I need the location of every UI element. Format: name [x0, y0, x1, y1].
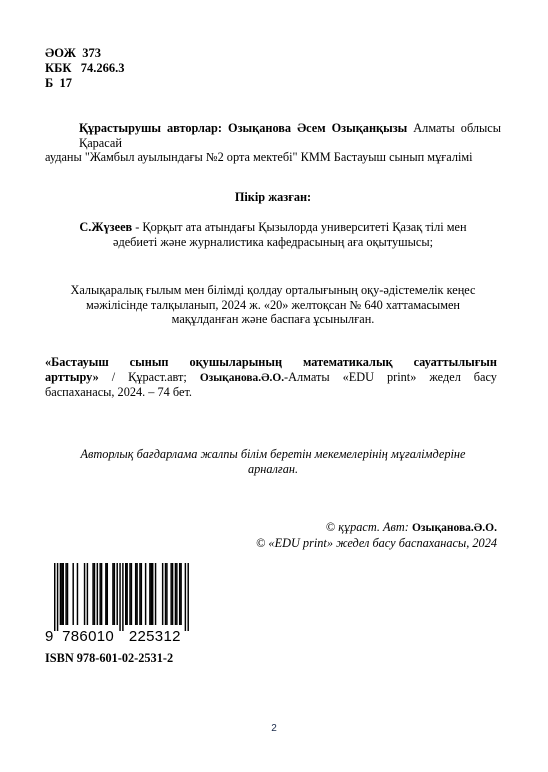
bib-word: жедел — [429, 370, 460, 386]
lbc-code: КБК 74.266.3 — [45, 61, 125, 76]
bib-title-end: арттыру» — [45, 370, 99, 386]
reviewer-block: С.Жүзеев - Қорқыт ата атындағы Қызылорда… — [45, 220, 501, 249]
author-affiliation-2: ауданы "Жамбыл ауылындағы №2 орта мектеб… — [45, 150, 501, 165]
page-number: 2 — [0, 723, 548, 734]
bib-title-word: сынып — [130, 355, 169, 370]
svg-text:225312: 225312 — [129, 628, 181, 645]
bib-word: «EDU — [343, 370, 374, 386]
bib-line-2: арттыру»/Құраст.авт;Озықанова.Ә.О.-Алмат… — [45, 370, 497, 386]
copyright-publisher: © «EDU print» жедел басу баспаханасы, 20… — [200, 536, 497, 551]
bib-author: Озықанова.Ә.О. — [200, 372, 284, 384]
bib-word: print» — [387, 370, 416, 386]
intended-audience: Авторлық бағдарлама жалпы білім беретін … — [45, 447, 501, 476]
intended-line: арналған. — [45, 462, 501, 477]
classification-codes: ӘОЖ 373 КБК 74.266.3 Б 17 — [45, 46, 125, 91]
copyright-compiler-prefix: © құраст. Авт: — [326, 520, 412, 534]
bib-word: Құраст.авт; — [128, 370, 187, 386]
author-name: Озықанова Әсем Озықанқызы — [228, 121, 407, 135]
authors-label: Құрастырушы авторлар: — [79, 121, 222, 135]
bibliographic-entry: «Бастауышсыныпоқушыларыныңматематикалықс… — [45, 355, 497, 400]
bib-author-city: Озықанова.Ә.О.-Алматы — [200, 370, 330, 386]
intended-line: Авторлық бағдарлама жалпы білім беретін … — [45, 447, 501, 462]
approval-note: Халықаралық ғылым мен білімді қолдау орт… — [45, 283, 501, 327]
svg-text:9: 9 — [45, 628, 54, 645]
copyright-block: © құраст. Авт: Озықанова.Ә.О. © «EDU pri… — [200, 520, 497, 551]
reviewer-description-2: әдебиеті және журналистика кафедрасының … — [45, 235, 501, 250]
reviewer-heading: Пікір жазған: — [45, 190, 501, 205]
bib-word: / — [112, 370, 115, 386]
udc-code: ӘОЖ 373 — [45, 46, 125, 61]
bib-line-3: баспаханасы, 2024. – 74 бет. — [45, 385, 497, 400]
bib-title-word: сауаттылығын — [414, 355, 497, 370]
isbn-number: ISBN 978-601-02-2531-2 — [45, 651, 173, 666]
svg-text:786010: 786010 — [62, 628, 114, 645]
author-mark: Б 17 — [45, 76, 125, 91]
approval-line: мақұлданған және баспаға ұсынылған. — [45, 312, 501, 327]
reviewer-description-1: - Қорқыт ата атындағы Қызылорда универси… — [132, 220, 466, 234]
reviewer-name: С.Жүзеев — [79, 220, 132, 234]
approval-line: Халықаралық ғылым мен білімді қолдау орт… — [45, 283, 501, 298]
authors-block: Құрастырушы авторлар: Озықанова Әсем Озы… — [45, 121, 501, 165]
isbn-barcode: 9786010225312 — [44, 563, 192, 645]
copyright-compiler-name: Озықанова.Ә.О. — [412, 522, 497, 534]
approval-line: мәжілісінде талқыланып, 2024 ж. «20» жел… — [45, 298, 501, 313]
bib-title-word: «Бастауыш — [45, 355, 109, 370]
bib-title-word: оқушыларының — [189, 355, 282, 370]
bib-title-word: математикалық — [303, 355, 393, 370]
bib-word: басу — [474, 370, 497, 386]
bib-line-1: «Бастауышсыныпоқушыларыныңматематикалықс… — [45, 355, 497, 370]
